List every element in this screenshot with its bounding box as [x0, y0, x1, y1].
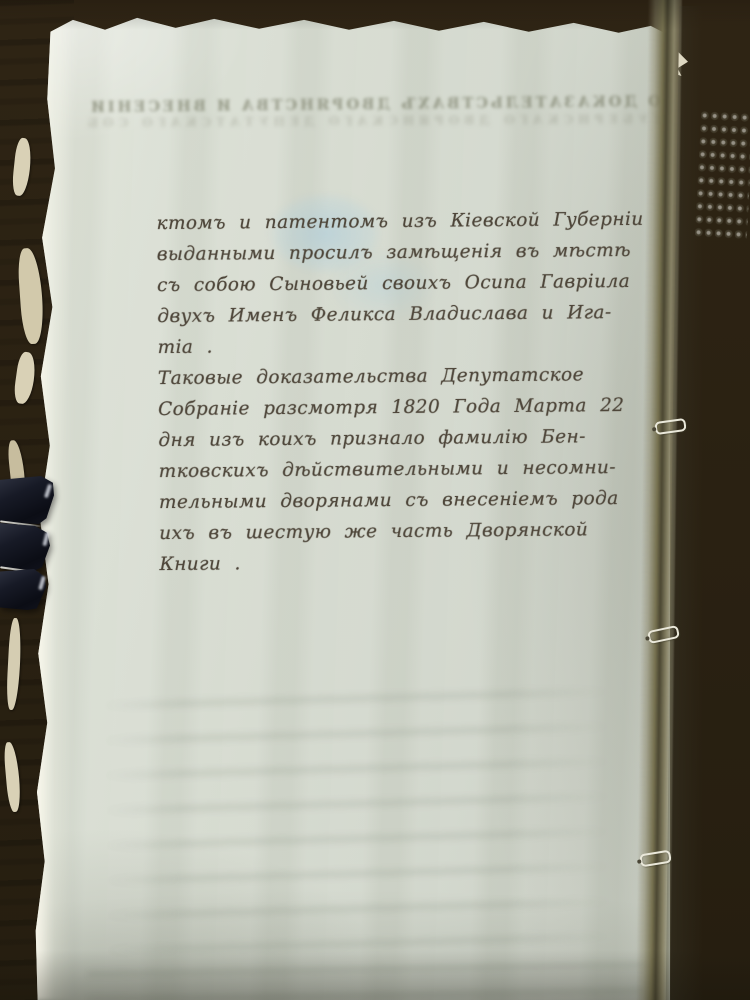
- verso-text-showthrough: [88, 962, 648, 1000]
- verso-text-showthrough: [101, 679, 614, 974]
- next-page-edge: [664, 6, 750, 1000]
- manuscript-line: дня изъ коихъ признало фамилію Бен-: [158, 421, 638, 456]
- manuscript-line: Книги .: [159, 545, 639, 580]
- manuscript-page: О ДОКАЗАТЕЛЬСТВАХЪ ДВОРЯНСТВА И ВНЕСЕНІИ…: [28, 10, 670, 1000]
- binder-clip-segment: [0, 476, 54, 524]
- binder-clip-segment: [0, 522, 50, 571]
- manuscript-line: тельными дворянами съ внесеніемъ рода: [159, 483, 639, 518]
- manuscript-line: тіа .: [157, 328, 637, 363]
- binder-clip: [0, 476, 58, 610]
- manuscript-line: Таковые доказательства Депутатское: [158, 359, 638, 394]
- embossed-stamp-impression: [695, 111, 750, 244]
- manuscript-line: тковскихъ дѣйствительными и несомни-: [159, 452, 639, 487]
- manuscript-line: выданными просилъ замѣщенія въ мѣстѣ: [157, 235, 637, 270]
- manuscript-line: Собраніе разсмотря 1820 Года Марта 22: [158, 390, 638, 425]
- manuscript-line: съ собою Сыновьей своихъ Осипа Гавріила: [157, 266, 637, 301]
- manuscript-line: ихъ въ шестую же часть Дворянской: [159, 514, 639, 549]
- manuscript-line: ктомъ и патентомъ изъ Кіевской Губерніи: [156, 204, 636, 239]
- handwritten-text-block: ктомъ и патентомъ изъ Кіевской Губерніи …: [156, 204, 639, 580]
- manuscript-line: двухъ Именъ Феликса Владислава и Ига-: [157, 297, 637, 332]
- showthrough-heading-echo: ГУБЕРНСКАГО ДВОРЯНСКАГО ДЕПУТАТСКАГО СОБ…: [86, 112, 661, 138]
- manuscript-photo: О ДОКАЗАТЕЛЬСТВАХЪ ДВОРЯНСТВА И ВНЕСЕНІИ…: [0, 0, 750, 1000]
